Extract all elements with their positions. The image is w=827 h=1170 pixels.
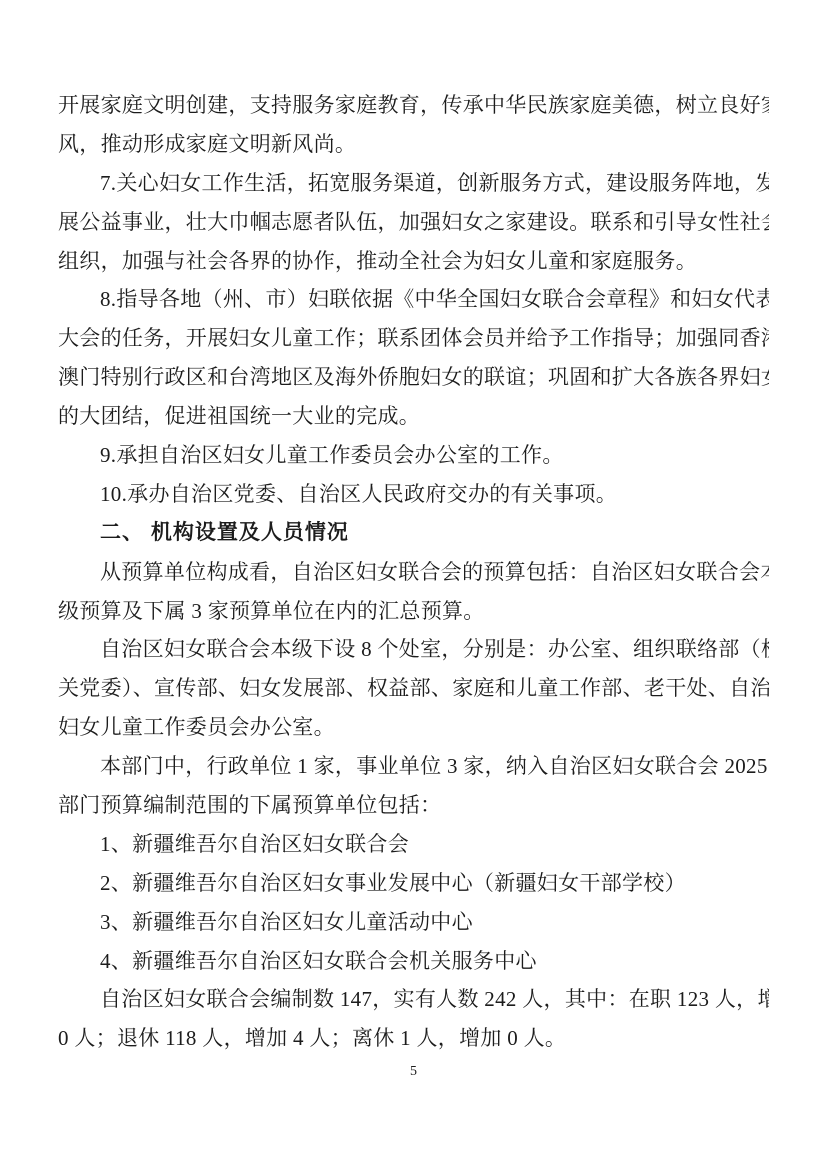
text-line: 10.承办自治区党委、自治区人民政府交办的有关事项。 [58, 475, 769, 514]
text-line: 从预算单位构成看，自治区妇女联合会的预算包括：自治区妇女联合会本 [58, 553, 769, 592]
list-item-line: 4、新疆维吾尔自治区妇女联合会机关服务中心 [58, 942, 769, 981]
text-line: 部门预算编制范围的下属预算单位包括： [58, 786, 769, 825]
text-line: 妇女儿童工作委员会办公室。 [58, 708, 769, 747]
list-item-line: 3、新疆维吾尔自治区妇女儿童活动中心 [58, 903, 769, 942]
text-line: 本部门中，行政单位 1 家，事业单位 3 家，纳入自治区妇女联合会 2025 年 [58, 747, 769, 786]
text-line: 8.指导各地（州、市）妇联依据《中华全国妇女联合会章程》和妇女代表 [58, 280, 769, 319]
text-line: 自治区妇女联合会编制数 147，实有人数 242 人，其中：在职 123 人，增… [58, 980, 769, 1019]
page-number: 5 [0, 1064, 827, 1080]
text-line: 风，推动形成家庭文明新风尚。 [58, 125, 769, 164]
text-line: 9.承担自治区妇女儿童工作委员会办公室的工作。 [58, 436, 769, 475]
text-line: 展公益事业，壮大巾帼志愿者队伍，加强妇女之家建设。联系和引导女性社会 [58, 203, 769, 242]
document-page: 开展家庭文明创建，支持服务家庭教育，传承中华民族家庭美德，树立良好家 风，推动形… [0, 0, 827, 1170]
list-item-line: 1、新疆维吾尔自治区妇女联合会 [58, 825, 769, 864]
document-body: 开展家庭文明创建，支持服务家庭教育，传承中华民族家庭美德，树立良好家 风，推动形… [58, 86, 769, 1058]
text-line: 澳门特别行政区和台湾地区及海外侨胞妇女的联谊；巩固和扩大各族各界妇女 [58, 358, 769, 397]
text-line: 开展家庭文明创建，支持服务家庭教育，传承中华民族家庭美德，树立良好家 [58, 86, 769, 125]
section-heading: 二、 机构设置及人员情况 [58, 514, 769, 553]
text-line: 组织，加强与社会各界的协作，推动全社会为妇女儿童和家庭服务。 [58, 242, 769, 281]
text-line: 大会的任务，开展妇女儿童工作；联系团体会员并给予工作指导；加强同香港、 [58, 319, 769, 358]
text-line: 级预算及下属 3 家预算单位在内的汇总预算。 [58, 592, 769, 631]
text-line: 自治区妇女联合会本级下设 8 个处室，分别是：办公室、组织联络部（机 [58, 630, 769, 669]
text-line: 关党委）、宣传部、妇女发展部、权益部、家庭和儿童工作部、老干处、自治区 [58, 669, 769, 708]
list-item-line: 2、新疆维吾尔自治区妇女事业发展中心（新疆妇女干部学校） [58, 864, 769, 903]
text-line: 的大团结，促进祖国统一大业的完成。 [58, 397, 769, 436]
text-line: 7.关心妇女工作生活，拓宽服务渠道，创新服务方式，建设服务阵地，发 [58, 164, 769, 203]
text-line: 0 人；退休 118 人，增加 4 人；离休 1 人，增加 0 人。 [58, 1019, 769, 1058]
